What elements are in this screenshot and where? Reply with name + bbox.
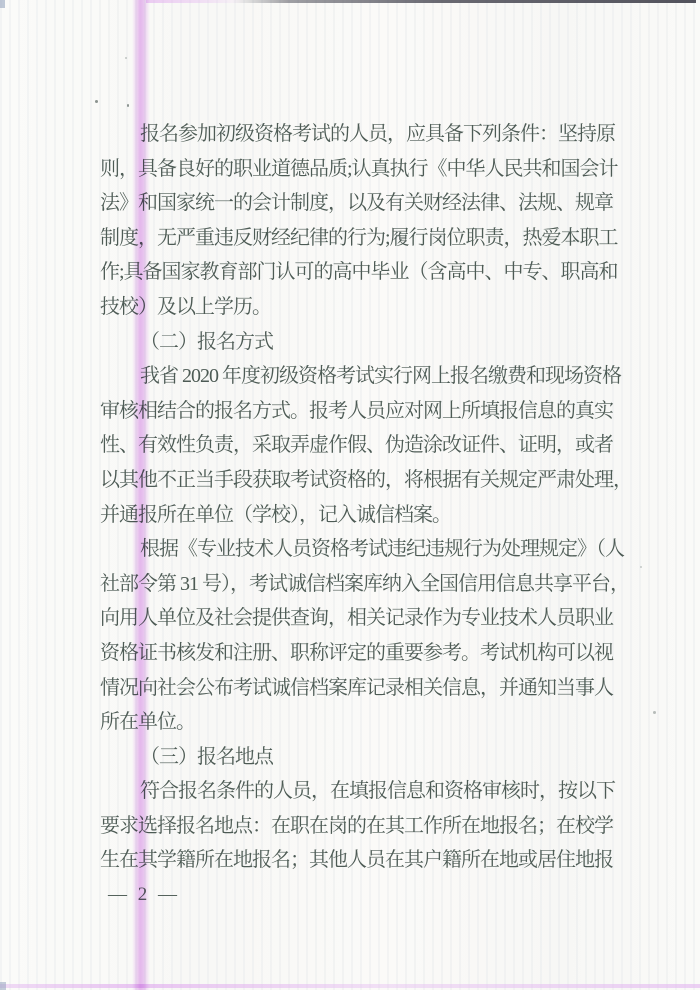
left-edge-scan-speck-bottom — [0, 982, 6, 990]
document-lines: 报名参加初级资格考试的人员，应具备下列条件：坚持原则，具备良好的职业道德品质;认… — [100, 117, 622, 878]
top-scan-edge-line — [232, 0, 696, 3]
text-line: 符合报名条件的人员，在填报信息和资格审核时，按以下 — [100, 774, 622, 809]
text-line: 以其他不正当手段获取考试资格的，将根据有关规定严肃处理， — [100, 463, 622, 498]
bottom-pink-scan-line — [0, 984, 700, 988]
text-line: 情况向社会公布考试诚信档案库记录相关信息，并通知当事人 — [100, 671, 622, 706]
text-line: 资格证书核发和注册、职称评定的重要参考。考试机构可以视 — [100, 636, 622, 671]
text-line: 生在其学籍所在地报名；其他人员在其户籍所在地或居住地报 — [100, 843, 622, 878]
text-line: 作;具备国家教育部门认可的高中毕业（含高中、中专、职高和 — [100, 255, 622, 290]
left-edge-scan-speck-top — [0, 0, 5, 8]
scanned-document-page: 报名参加初级资格考试的人员，应具备下列条件：坚持原则，具备良好的职业道德品质;认… — [0, 0, 700, 990]
text-line: 所在单位。 — [100, 705, 622, 740]
text-line: （二）报名方式 — [100, 325, 622, 360]
text-line: 则，具备良好的职业道德品质;认真执行《中华人民共和国会计 — [100, 152, 622, 187]
page-number: — 2 — — [108, 883, 180, 907]
text-line: 根据《专业技术人员资格考试违纪违规行为处理规定》（人 — [100, 532, 622, 567]
text-line: 我省 2020 年度初级资格考试实行网上报名缴费和现场资格 — [100, 359, 622, 394]
text-line: 并通报所在单位（学校），记入诚信档案。 — [100, 498, 622, 533]
text-line: 性、有效性负责，采取弄虚作假、伪造涂改证件、证明，或者 — [100, 428, 622, 463]
scan-speck — [653, 711, 656, 714]
scan-speck — [127, 104, 129, 107]
text-line: （三）报名地点 — [100, 740, 622, 775]
text-line: 技校）及以上学历。 — [100, 290, 622, 325]
scan-speck — [125, 57, 127, 59]
text-line: 报名参加初级资格考试的人员，应具备下列条件：坚持原 — [100, 117, 622, 152]
text-line: 审核相结合的报名方式。报考人员应对网上所填报信息的真实 — [100, 394, 622, 429]
scan-speck — [640, 566, 642, 568]
top-pink-scan-line — [146, 0, 246, 3]
text-line: 社部令第 31 号），考试诚信档案库纳入全国信用信息共享平台， — [100, 567, 622, 602]
text-line: 向用人单位及社会提供查询，相关记录作为专业技术人员职业 — [100, 601, 622, 636]
text-line: 制度，无严重违反财经纪律的行为;履行岗位职责，热爱本职工 — [100, 221, 622, 256]
scan-speck — [95, 100, 98, 103]
text-line: 要求选择报名地点：在职在岗的在其工作所在地报名；在校学 — [100, 809, 622, 844]
text-line: 法》和国家统一的会计制度，以及有关财经法律、法规、规章 — [100, 186, 622, 221]
